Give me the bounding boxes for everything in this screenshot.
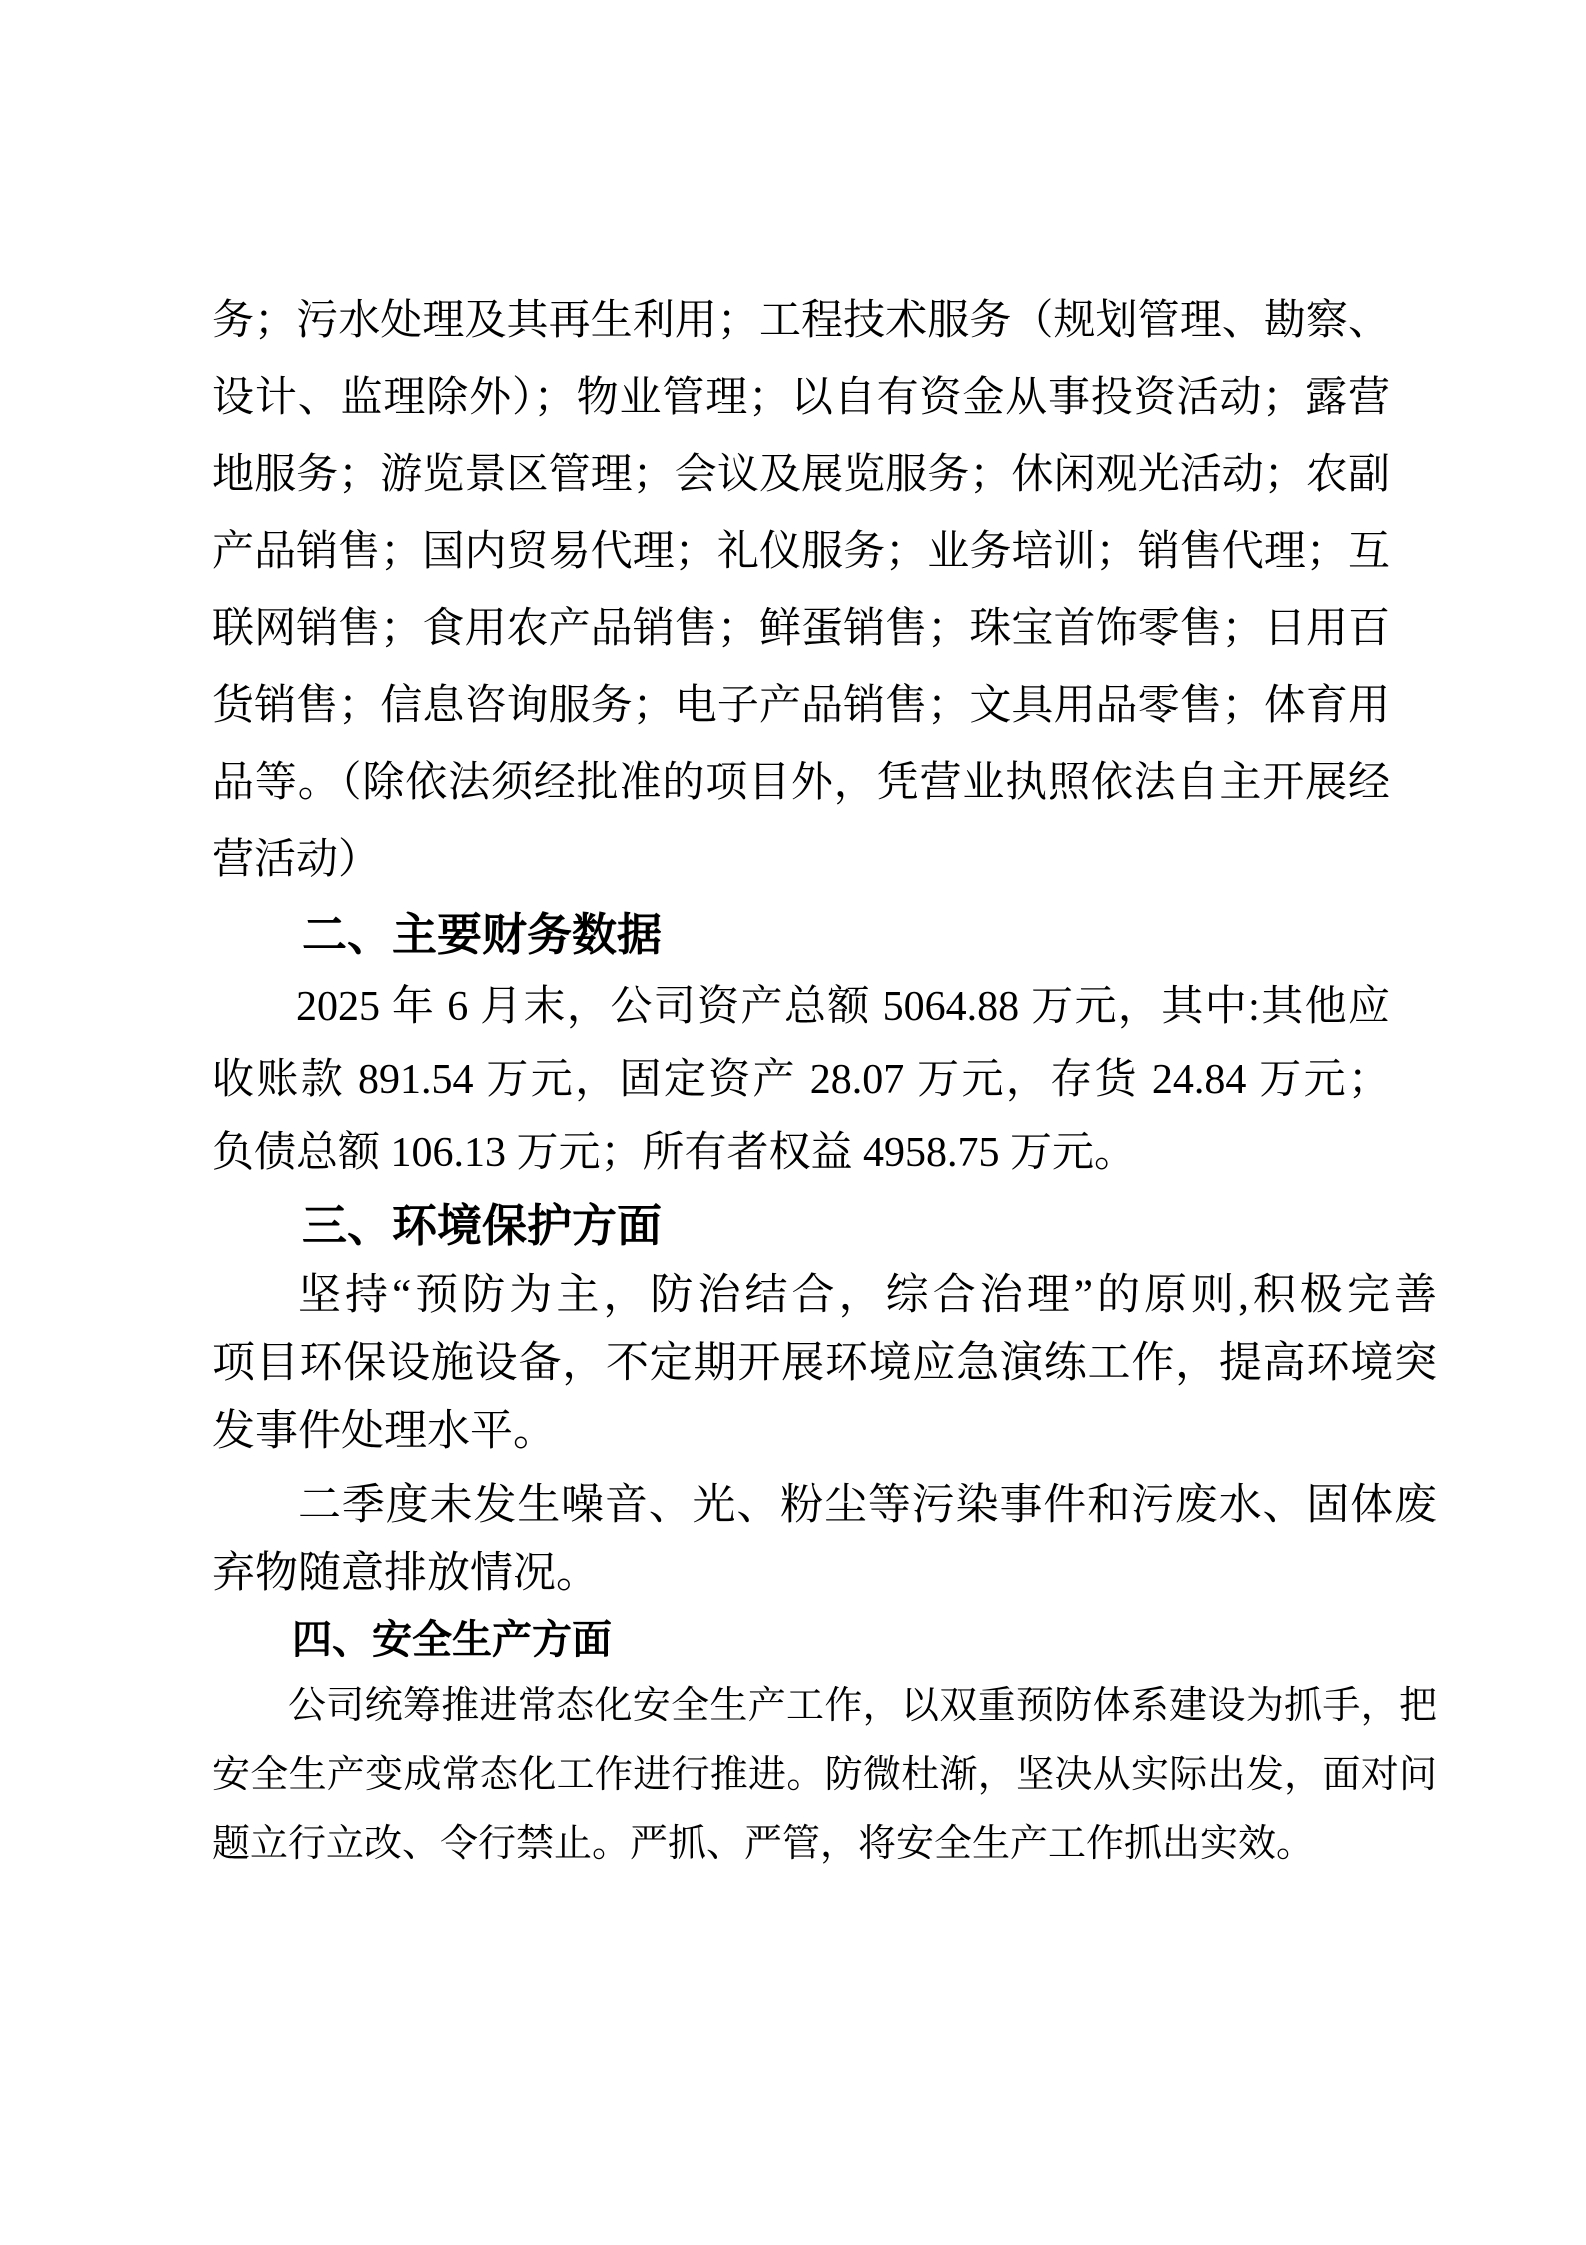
safety-production: 公司统筹推进常态化安全生产工作，以双重预防体系建设为抓手，把安全生产变成常态化工…: [212, 1672, 1437, 1879]
text-line: 品等。（除依法须经批准的项目外，凭营业执照依法自主开展经: [212, 745, 1390, 822]
text-line: 地服务；游览景区管理；会议及展览服务；休闲观光活动；农副: [212, 437, 1390, 514]
text-line: 安全生产变成常态化工作进行推进。防微杜渐，坚决从实际出发，面对问: [212, 1741, 1437, 1810]
text-line: 2025 年 6 月末，公司资产总额 5064.88 万元，其中:其他应: [212, 971, 1390, 1044]
text-line: 营活动）: [212, 822, 1390, 899]
text-line: 负债总额 106.13 万元；所有者权益 4958.75 万元。: [212, 1117, 1390, 1190]
document-page: { "colors": { "text": "#000000", "backgr…: [0, 0, 1586, 2245]
environment-q2-status: 二季度未发生噪音、光、粉尘等污染事件和污废水、固体废弃物随意排放情况。: [212, 1472, 1437, 1608]
text-line: 收账款 891.54 万元，固定资产 28.07 万元，存货 24.84 万元；: [212, 1044, 1390, 1117]
section-heading: 二、主要财务数据: [212, 899, 1390, 971]
text-line: 联网销售；食用农产品销售；鲜蛋销售；珠宝首饰零售；日用百: [212, 591, 1390, 668]
business-scope-continued: 务；污水处理及其再生利用；工程技术服务（规划管理、勘察、设计、监理除外）；物业管…: [212, 283, 1390, 899]
text-line: 设计、监理除外）；物业管理；以自有资金从事投资活动；露营: [212, 360, 1390, 437]
heading-safety: 四、安全生产方面: [212, 1608, 1437, 1672]
financial-data: 2025 年 6 月末，公司资产总额 5064.88 万元，其中:其他应收账款 …: [212, 971, 1390, 1190]
text-line: 发事件处理水平。: [212, 1398, 1437, 1466]
text-line: 弃物随意排放情况。: [212, 1540, 1437, 1608]
text-line: 公司统筹推进常态化安全生产工作，以双重预防体系建设为抓手，把: [212, 1672, 1437, 1741]
text-line: 坚持“预防为主，防治结合，综合治理”的原则,积极完善: [212, 1262, 1437, 1330]
text-line: 项目环保设施设备，不定期开展环境应急演练工作，提高环境突: [212, 1330, 1437, 1398]
section-heading: 三、环境保护方面: [212, 1190, 1390, 1262]
heading-environment: 三、环境保护方面: [212, 1190, 1390, 1262]
text-line: 货销售；信息咨询服务；电子产品销售；文具用品零售；体育用: [212, 668, 1390, 745]
text-line: 题立行立改、令行禁止。严抓、严管，将安全生产工作抓出实效。: [212, 1810, 1437, 1879]
document-body: 务；污水处理及其再生利用；工程技术服务（规划管理、勘察、设计、监理除外）；物业管…: [212, 283, 1437, 1879]
heading-financial-data: 二、主要财务数据: [212, 899, 1390, 971]
text-line: 二季度未发生噪音、光、粉尘等污染事件和污废水、固体废: [212, 1472, 1437, 1540]
text-line: 务；污水处理及其再生利用；工程技术服务（规划管理、勘察、: [212, 283, 1390, 360]
environment-measures: 坚持“预防为主，防治结合，综合治理”的原则,积极完善项目环保设施设备，不定期开展…: [212, 1262, 1437, 1466]
section-heading: 四、安全生产方面: [212, 1608, 1437, 1672]
text-line: 产品销售；国内贸易代理；礼仪服务；业务培训；销售代理；互: [212, 514, 1390, 591]
